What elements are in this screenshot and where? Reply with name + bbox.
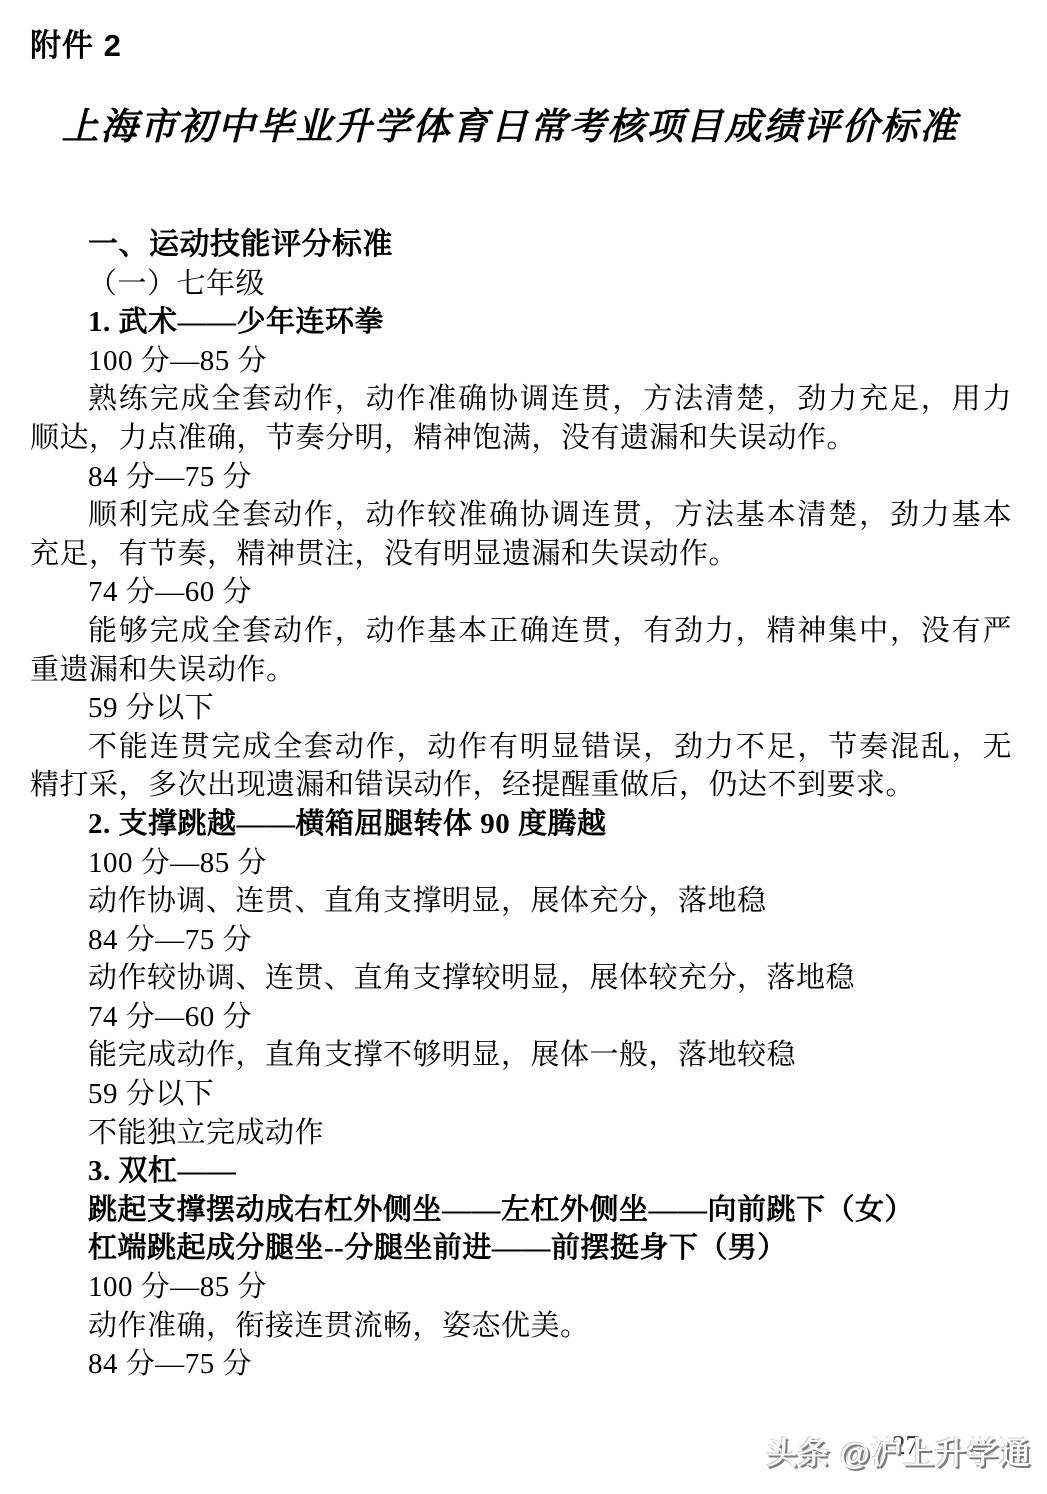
text-line: 100 分—85 分 (30, 844, 1012, 883)
text-line: （一）七年级 (30, 265, 1012, 304)
text-line: 74 分—60 分 (30, 998, 1012, 1037)
text-line: 充足，有节奏，精神贯注，没有明显遗漏和失误动作。 (30, 535, 1012, 574)
text-line: 动作较协调、连贯、直角支撑较明显，展体较充分，落地稳 (30, 959, 1012, 998)
attachment-label: 附件 2 (30, 20, 122, 65)
text-line: 能完成动作，直角支撑不够明显，展体一般，落地较稳 (30, 1036, 1012, 1075)
page-footer: 27 头条 @沪上升学通 (766, 1428, 1031, 1488)
text-line: 59 分以下 (30, 689, 1012, 728)
text-line: 59 分以下 (30, 1075, 1012, 1114)
text-line: 顺达，力点准确，节奏分明，精神饱满，没有遗漏和失误动作。 (30, 419, 1012, 458)
text-line: 74 分—60 分 (30, 573, 1012, 612)
text-line: 精打采，多次出现遗漏和错误动作，经提醒重做后，仍达不到要求。 (30, 766, 1012, 805)
document-page: 附件 2 上海市初中毕业升学体育日常考核项目成绩评价标准 一、运动技能评分标准（… (0, 0, 1047, 1494)
text-line: 动作准确，衔接连贯流畅，姿态优美。 (30, 1307, 1012, 1346)
document-body: 一、运动技能评分标准（一）七年级1. 武术——少年连环拳100 分—85 分熟练… (30, 226, 1012, 1384)
watermark-text: 头条 @沪上升学通 (766, 1436, 1031, 1471)
text-line: 不能连贯完成全套动作，动作有明显错误，劲力不足，节奏混乱，无 (30, 728, 1012, 767)
item-heading: 跳起支撑摆动成右杠外侧坐——左杠外侧坐——向前跳下（女） (30, 1191, 1012, 1230)
text-line: 100 分—85 分 (30, 1268, 1012, 1307)
text-line: 100 分—85 分 (30, 342, 1012, 381)
text-line: 熟练完成全套动作，动作准确协调连贯，方法清楚，劲力充足，用力 (30, 380, 1012, 419)
text-line: 能够完成全套动作，动作基本正确连贯，有劲力，精神集中，没有严 (30, 612, 1012, 651)
item-heading: 杠端跳起成分腿坐--分腿坐前进——前摆挺身下（男） (30, 1229, 1012, 1268)
text-line: 动作协调、连贯、直角支撑明显，展体充分，落地稳 (30, 882, 1012, 921)
document-title: 上海市初中毕业升学体育日常考核项目成绩评价标准 (30, 96, 990, 150)
text-line: 重遗漏和失误动作。 (30, 651, 1012, 690)
text-line: 84 分—75 分 (30, 1345, 1012, 1384)
section-heading: 一、运动技能评分标准 (30, 226, 1012, 265)
item-heading: 1. 武术——少年连环拳 (30, 303, 1012, 342)
text-line: 不能独立完成动作 (30, 1114, 1012, 1153)
item-heading: 3. 双杠—— (30, 1152, 1012, 1191)
text-line: 84 分—75 分 (30, 921, 1012, 960)
item-heading: 2. 支撑跳越——横箱屈腿转体 90 度腾越 (30, 805, 1012, 844)
text-line: 84 分—75 分 (30, 458, 1012, 497)
text-line: 顺利完成全套动作，动作较准确协调连贯，方法基本清楚，劲力基本 (30, 496, 1012, 535)
